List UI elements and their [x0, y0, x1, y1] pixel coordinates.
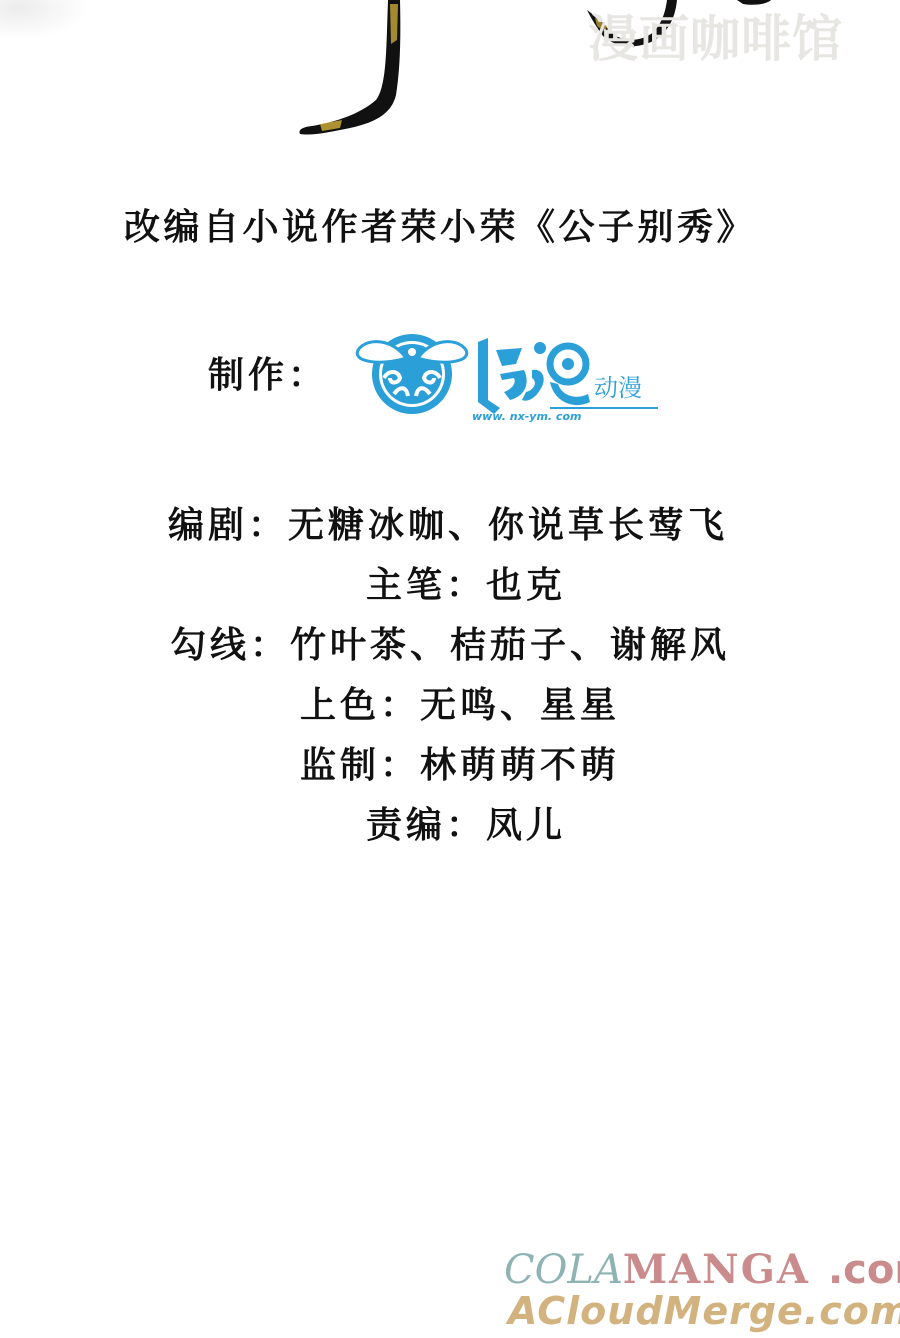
- credit-role: 勾线：: [170, 625, 290, 666]
- credit-names: 凤儿: [486, 805, 566, 846]
- colamanga-watermark: COLAMANGA.com: [504, 1250, 900, 1290]
- credit-role: 编剧：: [168, 505, 288, 546]
- watermark-bottom: COLAMANGA.com ACloudMerge.com: [500, 1248, 900, 1338]
- credit-names: 无鸣、星星: [420, 685, 620, 726]
- credit-names: 竹叶茶、桔茄子、谢解风: [290, 625, 730, 666]
- svg-text:动漫: 动漫: [594, 374, 642, 402]
- credit-row-lead-artist: 主笔：也克: [366, 568, 566, 604]
- credit-role: 上色：: [300, 685, 420, 726]
- watermark-top-right: 漫画咖啡馆: [588, 14, 843, 64]
- credit-row-coloring: 上色：无鸣、星星: [300, 688, 620, 724]
- background-smudge: [0, 0, 90, 40]
- studio-logo: 动漫 www. nx-ym. com: [354, 330, 664, 422]
- acloudmerge-watermark: ACloudMerge.com: [508, 1292, 900, 1330]
- producer-label: 制作：: [208, 358, 328, 394]
- credit-role: 监制：: [300, 745, 420, 786]
- credit-row-line-art: 勾线：竹叶茶、桔茄子、谢解风: [170, 628, 730, 664]
- credit-names: 林萌萌不萌: [420, 745, 620, 786]
- credit-names: 也克: [486, 565, 566, 606]
- credit-row-editor: 责编：凤儿: [366, 808, 566, 844]
- svg-text:www. nx-ym. com: www. nx-ym. com: [472, 410, 581, 422]
- credit-role: 主笔：: [366, 565, 486, 606]
- credit-row-supervisor: 监制：林萌萌不萌: [300, 748, 620, 784]
- credit-names: 无糖冰咖、你说草长莺飞: [288, 505, 728, 546]
- credit-role: 责编：: [366, 805, 486, 846]
- credit-row-screenwriter: 编剧：无糖冰咖、你说草长莺飞: [168, 508, 728, 544]
- calligraphy-stroke-left: [290, 0, 410, 140]
- adaptation-credit: 改编自小说作者荣小荣《公子别秀》: [124, 210, 756, 246]
- studio-emblem-icon: 动漫 www. nx-ym. com: [354, 330, 664, 422]
